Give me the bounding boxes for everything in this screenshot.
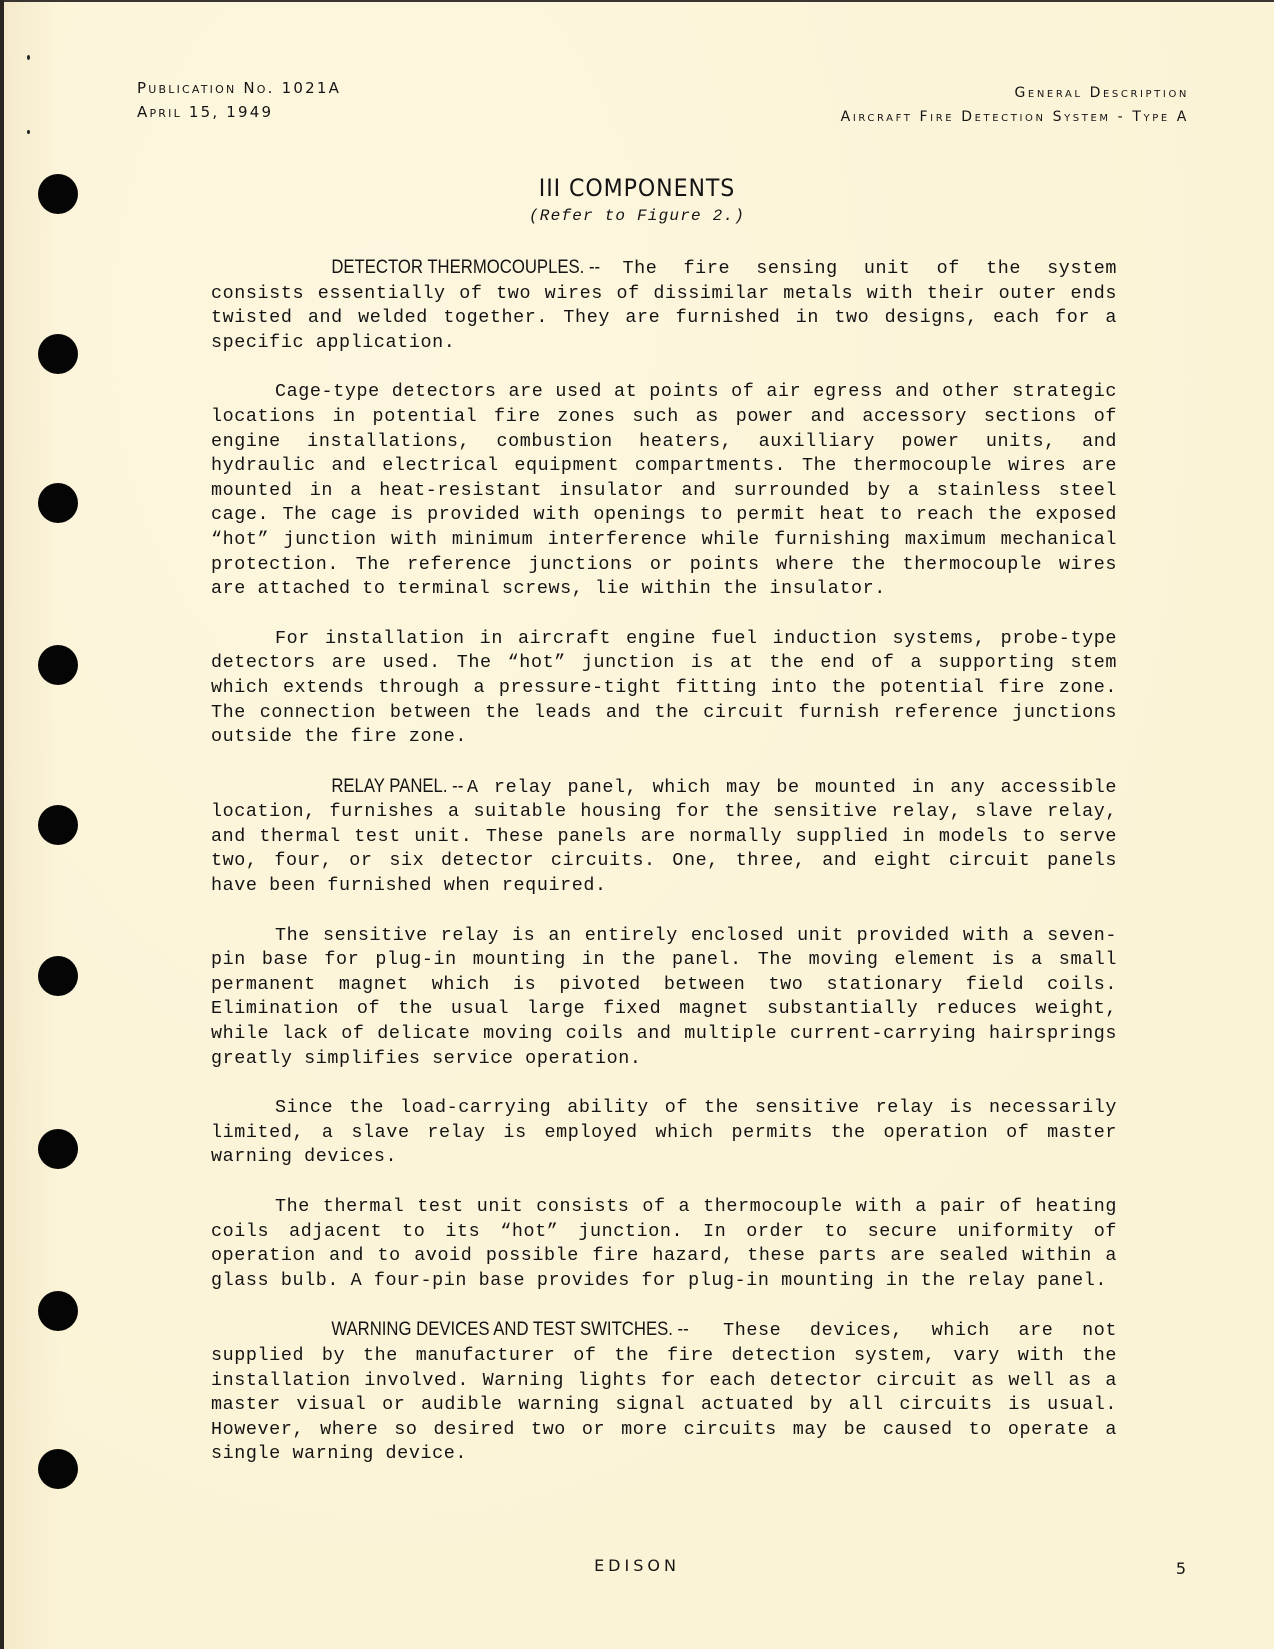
paragraph-detector-thermocouples: DETECTOR THERMOCOUPLES. --The fire sensi… bbox=[211, 256, 1117, 355]
punch-hole bbox=[38, 483, 78, 523]
section-header: General Description Aircraft Fire Detect… bbox=[841, 81, 1189, 129]
paragraph-cage-type: Cage-type detectors are used at points o… bbox=[211, 380, 1117, 601]
paper-speck bbox=[27, 55, 30, 60]
paragraph-thermal-test-unit: The thermal test unit consists of a ther… bbox=[211, 1195, 1117, 1293]
punch-hole bbox=[38, 1291, 78, 1331]
punch-hole bbox=[38, 956, 78, 996]
section-title: III COMPONENTS bbox=[51, 174, 1223, 202]
punch-hole bbox=[38, 805, 78, 845]
paper-speck bbox=[27, 130, 30, 134]
paragraph-text: Cage-type detectors are used at points o… bbox=[211, 381, 1117, 599]
paragraph-text: The sensitive relay is an entirely enclo… bbox=[211, 925, 1117, 1069]
publication-header: Publication No. 1021A April 15, 1949 bbox=[137, 76, 341, 124]
punch-hole bbox=[38, 1129, 78, 1169]
paragraph-lead: RELAY PANEL. -- bbox=[275, 775, 463, 800]
publication-date: April 15, 1949 bbox=[137, 100, 341, 124]
section-name: General Description bbox=[841, 81, 1189, 105]
publication-number: Publication No. 1021A bbox=[137, 76, 341, 100]
paragraph-text: The thermal test unit consists of a ther… bbox=[211, 1196, 1117, 1291]
paragraph-text: Since the load-carrying ability of the s… bbox=[211, 1097, 1117, 1167]
punch-hole bbox=[38, 645, 78, 685]
punch-hole bbox=[38, 1449, 78, 1489]
paragraph-relay-panel: RELAY PANEL. --A relay panel, which may … bbox=[211, 775, 1117, 899]
paragraph-lead: WARNING DEVICES AND TEST SWITCHES. -- bbox=[275, 1318, 689, 1343]
figure-reference: (Refer to Figure 2.) bbox=[0, 207, 1274, 225]
paragraph-text: For installation in aircraft engine fuel… bbox=[211, 628, 1117, 747]
paragraph-lead: DETECTOR THERMOCOUPLES. -- bbox=[275, 256, 600, 281]
paragraph-warning-devices: WARNING DEVICES AND TEST SWITCHES. -- Th… bbox=[211, 1318, 1117, 1467]
paragraph-slave-relay: Since the load-carrying ability of the s… bbox=[211, 1096, 1117, 1170]
page-number: 5 bbox=[1176, 1559, 1186, 1578]
scan-left-edge bbox=[0, 0, 4, 1649]
paragraph-sensitive-relay: The sensitive relay is an entirely enclo… bbox=[211, 924, 1117, 1072]
system-name: Aircraft Fire Detection System - Type A bbox=[841, 105, 1189, 129]
footer-brand: EDISON bbox=[0, 1556, 1274, 1575]
body-text: DETECTOR THERMOCOUPLES. --The fire sensi… bbox=[211, 256, 1117, 1492]
punch-hole bbox=[38, 334, 78, 374]
paragraph-probe-type: For installation in aircraft engine fuel… bbox=[211, 627, 1117, 750]
scan-top-edge bbox=[0, 0, 1274, 2]
